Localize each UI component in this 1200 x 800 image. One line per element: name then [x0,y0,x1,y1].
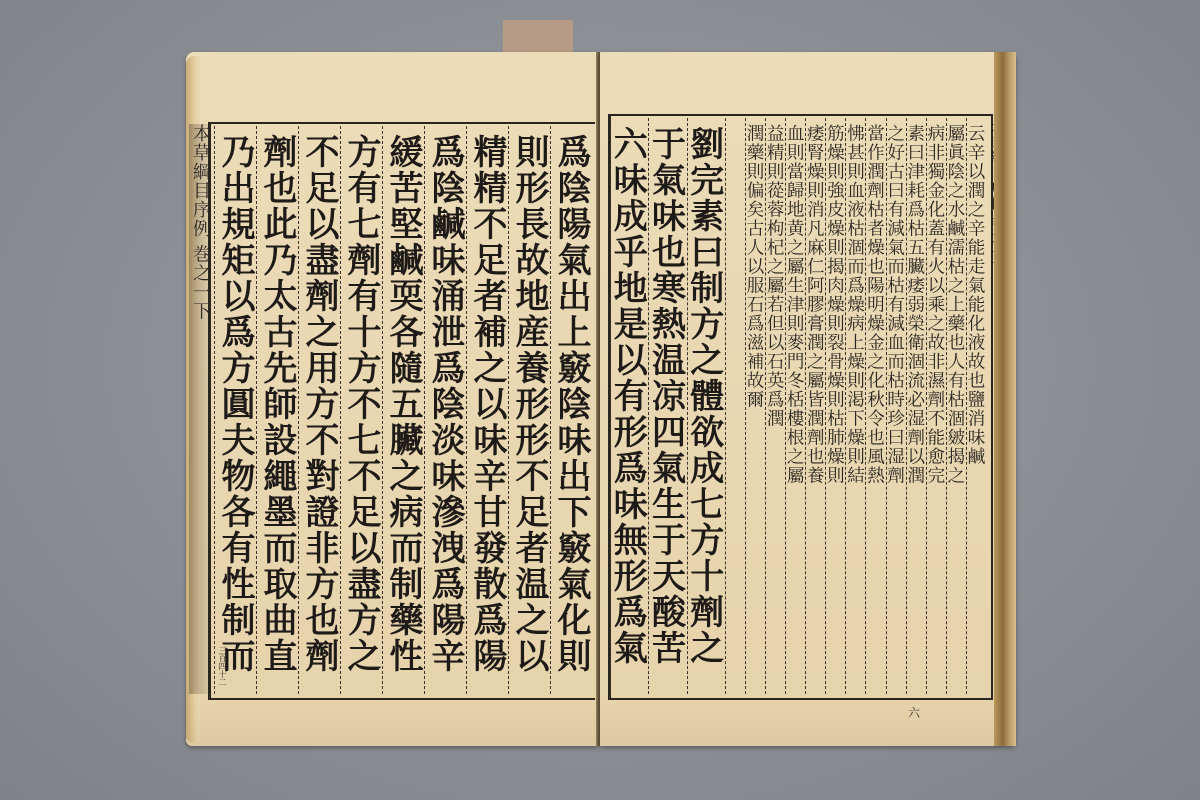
left-page: 本草綱目序例 巻之一下 爲陰陽氣出上竅陰味出下竅氣化則精生味化 則形長故地産養形… [186,52,598,746]
text-column: 怫甚則血液枯涸而爲燥病上燥則渇下燥則結 [845,118,865,694]
text-column: 益精則蓯蓉枸杞之屬若但以石英爲潤 [765,118,785,694]
text-column: 屬眞陰之水鹹濡枯之上藥也人有枯涸皴揭之 [946,118,966,694]
text-column: 血則當歸地黄之屬生津則麥門冬栝樓根之屬 [785,118,805,694]
text-column: 痿腎燥則消凡麻仁阿膠膏潤之屬皆潤劑也養 [805,118,825,694]
open-book: 本草綱目序例 巻之一下 爲陰陽氣出上竅陰味出下竅氣化則精生味化 則形長故地産養形… [186,52,1016,746]
text-column: 于氣味也寒熱温凉四氣生于天酸苦辛鹹甘淡 [648,118,686,694]
edge-title-text: 本草綱目序例 [989,120,1007,210]
right-page: 云辛以潤之辛能走氣能化液故也鹽消味鹹 屬眞陰之水鹹濡枯之上藥也人有枯涸皴揭之 病… [600,52,1016,746]
text-column: 病非獨金化蓋有火以乘之故非濕劑不能愈完 [926,118,946,694]
blank-column [725,118,745,694]
text-column: 素曰津耗爲枯五臟痿弱榮衛涸流必湿劑以潤 [906,118,926,694]
page-foot-shade [186,696,598,746]
text-column: 精精不足者補之以味辛甘發散爲陽酸苦涌泄 [466,126,508,694]
text-column: 劑也此乃太古先師設繩墨而取曲直叔世方士 [256,126,298,694]
text-column: 乃出規矩以爲方圓夫物各有性制而用之變而 [214,126,256,694]
text-column: 爲陰陽氣出上竅陰味出下竅氣化則精生味化 [550,126,592,694]
text-column: 則形長故地産養形形不足者温之以氣天産養 [508,126,550,694]
text-column: 潤藥則偏矣古人以服石爲滋補故爾 [745,118,765,694]
text-column: 云辛以潤之辛能走氣能化液故也鹽消味鹹 [966,118,986,694]
edge-volume-text: 巻之一下 [989,215,1007,275]
text-column: 爲陰鹹味涌泄爲陰淡味滲洩爲陽辛散酸收甘 [424,126,466,694]
text-column: 筋燥則強皮燥則揭肉燥則裂骨燥則枯肺燥則 [825,118,845,694]
text-column: 不足以盡劑之用方不對證非方也劑不蜀疾非 [298,126,340,694]
left-page-text-columns: 爲陰陽氣出上竅陰味出下竅氣化則精生味化 則形長故地産養形形不足者温之以氣天産養 … [214,126,592,694]
right-page-text-columns: 云辛以潤之辛能走氣能化液故也鹽消味鹹 屬眞陰之水鹹濡枯之上藥也人有枯涸皴揭之 病… [610,118,986,694]
text-column: 六味成乎地是以有形爲味無形爲氣氣爲陽味 [610,118,648,694]
right-page-fore-edge-title: 本草綱目序例 巻之一下 [988,120,1008,400]
leaf-number: 三百四十二 [216,646,228,686]
text-column: 之好古曰有減氣而枯有減血而枯時珍曰湿劑 [886,118,906,694]
text-column: 劉完素曰制方之體欲成七方十劑之用者必本 [687,118,725,694]
text-column: 當作潤劑枯者燥也陽明燥金之化秋令也風熱 [865,118,885,694]
page-foot-shade [600,696,1016,746]
text-column: 方有七劑有十方不七不足以盡方之變劑不十 [340,126,382,694]
text-column: 緩苦堅鹹耎各隨五臟之病而制藥性之品味故 [382,126,424,694]
